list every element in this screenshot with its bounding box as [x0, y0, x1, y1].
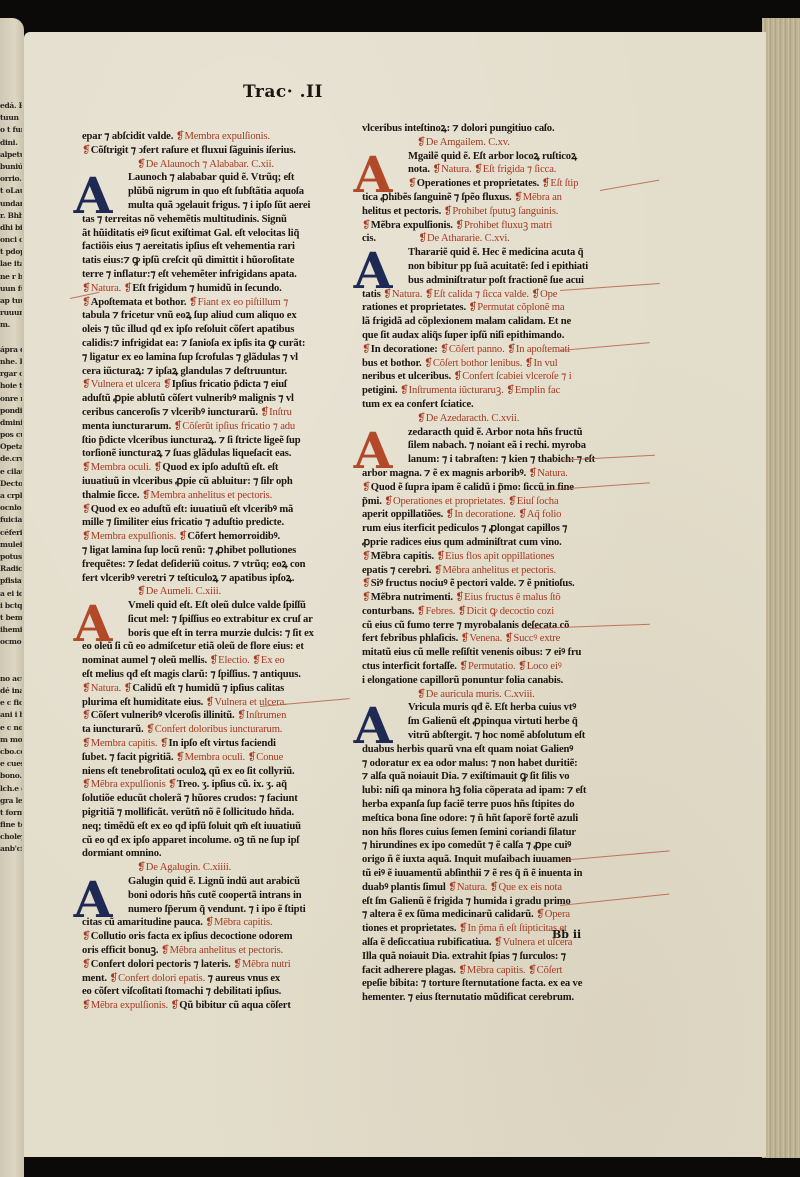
- text-line: neq; timẽdũ eſt ex eo qđ ipſũ ſoluit qm̃…: [82, 820, 367, 834]
- text-line: ❡Natura. ❡Eſt frigidum ⁊ humidũ in ſecun…: [82, 282, 367, 296]
- text-line: ❡Mẽbra expulſionis. ❡Qũ bibitur cũ aqua …: [82, 999, 367, 1013]
- text-line: eo oleũ ſi cũ eo admiſcetur etiã oleũ de…: [82, 640, 367, 654]
- text-line: lanum: ⁊ i tabraſten: ⁊ kien ⁊ thabich: …: [362, 453, 647, 467]
- text-line: iuuatiuũ in vlceribus ꝓpie cũ abluitur: …: [82, 475, 367, 489]
- facing-page-line: pfisiatu: [0, 575, 22, 587]
- text-line: neribus et ulceribus. ❡Confert ſcabiei v…: [362, 370, 647, 384]
- facing-page-line: m.: [0, 319, 22, 331]
- text-line: ❡Membra capitis. ❡In ipſo eſt virtus fac…: [82, 737, 367, 751]
- facing-page-line: no acum: [0, 673, 22, 685]
- decorated-initial-red: A: [352, 148, 394, 202]
- rubric: ❡: [82, 504, 91, 515]
- body-text: ta iuncturarũ. ❡Confert doloribus iunctu…: [82, 724, 282, 735]
- text-line: dormiant omnino.: [82, 847, 367, 861]
- facing-page-text-fragments: edá. Ettuuno t fundini.alpetubuniúorrio.…: [0, 100, 22, 940]
- facing-page-line: potus in: [0, 551, 22, 563]
- text-line: plurima eſt humiditate eius. ❡Vulnera et…: [82, 696, 367, 710]
- text-line: multa quã ↄgelauit frigus. ⁊ i ipſo ſũt …: [82, 199, 367, 213]
- rubric: ❡De auricula muris. C.xviii.: [417, 689, 535, 700]
- facing-page-line: tuun: [0, 112, 22, 124]
- text-line: tatis ❡Natura. ❡Eſt calida ⁊ ſicca valde…: [362, 288, 647, 302]
- running-head: Trac· .II: [243, 82, 323, 102]
- facing-page-line: alpetu: [0, 149, 22, 161]
- facing-page-line: ne r bin: [0, 271, 22, 283]
- rubric: ❡Mẽbra expulſionis ❡: [82, 779, 177, 790]
- text-line: ſm Galienũ eſt ꝓpinqua virtuti herbe q̃: [362, 715, 647, 729]
- body-text: aduſtũ ꝓpie ablutũ cõſert vulneribꝰ mali…: [82, 393, 294, 404]
- body-text: ⁊ hirundines ex ipo comedũt ⁊ ẽ calſa ⁊ …: [362, 840, 571, 851]
- text-line: cera iũcturaꝝ: ⁊ ipſaꝝ glandulas ⁊ deſtr…: [82, 365, 367, 379]
- text-line: ſubet. ⁊ facit pigritiã. ❡Membra oculi. …: [82, 751, 367, 765]
- text-line: que ſit audax aliq̃s ſuper ipſũ niſi epi…: [362, 329, 647, 343]
- facing-page-line: e c fical: [0, 697, 22, 709]
- text-line: i elongatione capillorũ ponuntur folia c…: [362, 674, 647, 688]
- text-line: frequẽtes: ⁊ ſedat deſideriũ coitus. ⁊ v…: [82, 558, 367, 572]
- facing-page-line: céferia: [0, 527, 22, 539]
- rubric: ❡Membra capitis. ❡: [82, 738, 169, 749]
- body-text: petigini. ❡Inſtrumenta iũcturaruꝫ. ❡Empl…: [362, 385, 560, 396]
- body-text: Qũ bibitur cũ aqua cõſert: [179, 1000, 290, 1011]
- body-text: ⁊ alſa quã noiauit Dia. ⁊ exiſtimauit ꝙ …: [362, 771, 569, 782]
- text-line: tabula ⁊ fricetur vnũ eoꝝ ſup aliud cum …: [82, 309, 367, 323]
- body-text: multa quã ↄgelauit frigus. ⁊ i ipſo ſũt …: [128, 200, 310, 211]
- body-text: cera iũcturaꝝ: ⁊ ipſaꝝ glandulas ⁊ deſtr…: [82, 366, 287, 377]
- text-line: ❡Vulnera et ulcera ❡Ipſius fricatio p̃di…: [82, 378, 367, 392]
- body-text: ꝓprie radices eius qum adminiſtrat cum v…: [362, 537, 562, 548]
- text-line: rationes et proprietates. ❡Permutat cõpl…: [362, 301, 647, 315]
- facing-page-line: e cues: [0, 758, 22, 770]
- text-line: ❡Confert dolori pectoris ⁊ lateris. ❡Mẽb…: [82, 958, 367, 972]
- body-text: ⁊ ligat lamina ſup locũ renũ: ⁊ ꝓhibet p…: [82, 545, 296, 556]
- text-line: vitrũ abſtergit. ⁊ hoc nomẽ abſolutum eſ…: [362, 729, 647, 743]
- text-line: boris que eſt in terra murzie dulcis: ⁊ …: [82, 627, 367, 641]
- text-line: hementer. ⁊ eius ſternutatio mũdificat c…: [362, 991, 647, 1005]
- body-text: Apoſtemata et bothor. ❡Fiant ex eo piſti…: [91, 297, 289, 308]
- body-text: menta iuncturarum. ❡Cõſerũt ipſius frica…: [82, 421, 295, 432]
- facing-page-line: ápra qd: [0, 344, 22, 356]
- rubric: ❡Natura. ❡: [82, 683, 132, 694]
- facing-page-line: buniú: [0, 161, 22, 173]
- body-text: Mẽbra capitis. ❡Eius flos apit oppillati…: [371, 551, 555, 562]
- text-line: p̃mi. ❡Operationes et proprietates. ❡Eiu…: [362, 495, 647, 509]
- text-line: alſa ẽ deſiccatiua rubificatiua. ❡Vulner…: [362, 936, 647, 950]
- decorated-initial-blue: A: [72, 873, 114, 927]
- decorated-initial-blue: A: [72, 169, 114, 223]
- body-text: numero ſp̃erum q̃ vendunt. ⁊ i ipo ẽ ſti…: [128, 904, 306, 915]
- text-line: oleis ⁊ tũc illud qđ ex ipſo reſoluit cõ…: [82, 323, 367, 337]
- facing-page-line: lch.e cno: [0, 783, 22, 795]
- text-line: calidis:⁊ infrigidat ea: ⁊ ſanioſa ex ip…: [82, 337, 367, 351]
- text-line: ❡Mẽbra nutrimenti. ❡Eius fructus ẽ malus…: [362, 591, 647, 605]
- body-text: Collutio oris facta ex ipſius decoctione…: [91, 931, 293, 942]
- facing-page-line: [0, 332, 22, 344]
- facing-page-line: lae ita e: [0, 258, 22, 270]
- text-line: terre ⁊ inflatur:⁊ eſt vehemẽter infrigi…: [82, 268, 367, 282]
- text-line: citas cũ amaritudine pauca. ❡Mẽbra capit…: [82, 916, 367, 930]
- text-line: ❡Collutio oris facta ex ipſius decoction…: [82, 930, 367, 944]
- body-text: tiones et proprietates. ❡In p̃ma ñ eſt ſ…: [362, 923, 567, 934]
- facing-page-line: a crpla: [0, 490, 22, 502]
- facing-page-line: o t fun: [0, 124, 22, 136]
- body-text: frequẽtes: ⁊ ſedat deſideriũ coitus. ⁊ v…: [82, 559, 305, 570]
- body-text: nota. ❡Natura. ❡Eſt frigida ⁊ ſicca.: [408, 164, 556, 175]
- text-line: aduſtũ ꝓpie ablutũ cõſert vulneribꝰ mali…: [82, 392, 367, 406]
- facing-page-line: ocmo pe: [0, 636, 22, 648]
- facing-page-line: pondi in: [0, 405, 22, 417]
- body-text: ſilem nabach. ⁊ noiant eã i rechi. myrob…: [408, 440, 586, 451]
- text-line: ❡Mẽbra expulſionis ❡Treo. ʒ. ipſius cũ. …: [82, 778, 367, 792]
- body-text: Mgailẽ quid ẽ. Eſt arbor locoꝝ ruſticoꝝ: [408, 151, 577, 162]
- facing-page-line: t oLaú: [0, 185, 22, 197]
- text-line: petigini. ❡Inſtrumenta iũcturaruꝫ. ❡Empl…: [362, 384, 647, 398]
- text-line: AVmeli quid eſt. Eſt oleũ dulce valde ſp…: [82, 599, 367, 613]
- body-text: eo cõſert viſcoſitati ſtomachi ⁊ debilit…: [82, 986, 281, 997]
- body-text: tatis eius:⁊ ꝙ ipſũ creſcit qũ dimittit …: [82, 255, 294, 266]
- body-text: cũ eius cũ fumo terre ⁊ myrobalanis deſe…: [362, 620, 569, 631]
- chapter-heading: ❡De auricula muris. C.xviii.: [362, 688, 647, 702]
- facing-page-line: [0, 661, 22, 673]
- body-text: ſolutiõe educũt cholerã ⁊ hũores crudos:…: [82, 793, 298, 804]
- text-line: torſionẽ iuncturaꝝ ⁊ ſuas glãdulas lique…: [82, 447, 367, 461]
- body-text: ſtio p̃dicte vlceribus iuncturaꝝ. ⁊ ſi ſ…: [82, 435, 300, 446]
- text-line: bus et bothor. ❡Cõſert bothor lenibus. ❡…: [362, 357, 647, 371]
- text-line: aperit oppillatiões. ❡In decoratione. ❡A…: [362, 508, 647, 522]
- body-text: cũ eo qđ ex ipſo apparet incolume. oꝫ tñ…: [82, 835, 299, 846]
- body-text: ⁊ altera ẽ ex ſũma medicinarũ calidarũ. …: [362, 909, 570, 920]
- text-line: ſilem nabach. ⁊ noiant eã i rechi. myrob…: [362, 439, 647, 453]
- body-text: i elongatione capillorũ ponuntur folia c…: [362, 675, 563, 686]
- facing-page-line: orrio.: [0, 173, 22, 185]
- decorated-initial-blue: A: [352, 699, 394, 753]
- text-line: Azedaracth quid ẽ. Arbor nota hñs fructũ: [362, 426, 647, 440]
- text-line: non hñs flores cuius ſemen ſemini corian…: [362, 826, 647, 840]
- body-text: Illa quã noiauit Dia. extrahit ſpias ⁊ ſ…: [362, 951, 566, 962]
- text-line: epatis ⁊ cerebri. ❡Mẽbra anhelitus et pe…: [362, 564, 647, 578]
- text-line: eo cõſert viſcoſitati ſtomachi ⁊ debilit…: [82, 985, 367, 999]
- facing-page-line: t pdopu: [0, 246, 22, 258]
- body-text: oris efficit bonuꝫ. ❡Mẽbra anhelitus et …: [82, 945, 283, 956]
- facing-page-line: pos cu: [0, 429, 22, 441]
- text-line: AVricula muris qđ ẽ. Eſt herba cuius vtꝰ: [362, 701, 647, 715]
- text-line: ❡Natura. ❡Calidũ eſt ⁊ humidũ ⁊ ipſius c…: [82, 682, 367, 696]
- text-line: rum eius iterficit pediculos ⁊ ꝓlongat c…: [362, 522, 647, 536]
- rubric: ❡Membra anhelitus et pectoris.: [142, 490, 272, 501]
- running-head-dot: ·: [287, 82, 293, 102]
- text-line: cũ eo qđ ex ipſo apparet incolume. oꝫ tñ…: [82, 834, 367, 848]
- body-text: tabula ⁊ fricetur vnũ eoꝝ ſup aliud cum …: [82, 310, 296, 321]
- body-text: Calidũ eſt ⁊ humidũ ⁊ ipſius calitas: [132, 683, 284, 694]
- text-line: duabus herbis quarũ vna eſt quam noiat G…: [362, 743, 647, 757]
- text-line: AMgailẽ quid ẽ. Eſt arbor locoꝝ ruſticoꝝ: [362, 150, 647, 164]
- text-line: ❡Membra oculi. ❡Quod ex ipſo aduſtũ eſt.…: [82, 461, 367, 475]
- text-line: herba expanſa ſup faciẽ terre puos hñs ſ…: [362, 798, 647, 812]
- rubric: ❡: [82, 931, 91, 942]
- body-text: niens eſt tenebroſitati oculoꝝ qũ ex eo …: [82, 766, 295, 777]
- rubric: ❡De Azedaracth. C.xvii.: [417, 413, 519, 424]
- text-line: lubi: niſi qa minora hꝫ folia cõperata a…: [362, 784, 647, 798]
- text-line: duabꝰ plantis ſimul ❡Natura. ❡Que ex eis…: [362, 881, 647, 895]
- rubric: ❡: [82, 297, 91, 308]
- text-line: ❡Cõſert vulneribꝰ vlceroſis illinitũ. ❡I…: [82, 709, 367, 723]
- body-text: non bibitur pp ſuã acuitatẽ: ſed i epith…: [408, 261, 588, 272]
- body-text: boris que eſt in terra murzie dulcis: ⁊ …: [128, 628, 314, 639]
- body-text: Cõſtrigit ⁊ ↄfert raſure et fluxui ſãgui…: [91, 145, 296, 156]
- body-text: iuuatiuũ in vlceribus ꝓpie cũ abluitur: …: [82, 476, 293, 487]
- text-line: vlceribus inteſtinoꝝ: ⁊ dolori pungitiuo…: [362, 122, 647, 136]
- facing-page-line: Radic: [0, 563, 22, 575]
- body-text: Mẽbra nutrimenti. ❡Eius fructus ẽ malus …: [371, 592, 561, 603]
- text-line: nota. ❡Natura. ❡Eſt frigida ⁊ ſicca.: [362, 163, 647, 177]
- body-text: fert febribus phlaſicis. ❡Venena. ❡Succꝰ…: [362, 633, 560, 644]
- body-text: ceribus canceroſis ⁊ vlceribꝰ iuncturarũ…: [82, 407, 292, 418]
- rubric: ❡: [362, 551, 371, 562]
- body-text: Operationes et proprietates. ❡Eſt ſtip: [417, 178, 579, 189]
- chapter-heading: ❡De Amgailem. C.xv.: [362, 136, 647, 150]
- facing-page-line: onci cpa: [0, 234, 22, 246]
- text-line: ſicut mel: ⁊ ſpiſſius eo extrabitur ex c…: [82, 613, 367, 627]
- rubric: ❡: [362, 592, 371, 603]
- facing-page-line: onre n: [0, 393, 22, 405]
- decorated-initial-red: A: [72, 597, 114, 651]
- body-text: bus adminiſtratur poſt fractionẽ ſue acu…: [408, 275, 584, 286]
- facing-page-line: dhi bibi: [0, 222, 22, 234]
- body-text: ãt hũiditatis eiꝰ ſicut exiſtimat Gal. e…: [82, 228, 299, 239]
- text-line: tatis eius:⁊ ꝙ ipſũ creſcit qũ dimittit …: [82, 254, 367, 268]
- body-text: bus et bothor. ❡Cõſert bothor lenibus. ❡…: [362, 358, 558, 369]
- text-line: ⁊ ligat lamina ſup locũ renũ: ⁊ ꝓhibet p…: [82, 544, 367, 558]
- text-line: ❡Cõſtrigit ⁊ ↄfert raſure et fluxui ſãgu…: [82, 144, 367, 158]
- text-line: ceribus canceroſis ⁊ vlceribꝰ iuncturarũ…: [82, 406, 367, 420]
- facing-page-line: dé inaca: [0, 685, 22, 697]
- body-text: Galugin quid ẽ. Lignũ indũ aut arabicũ: [128, 876, 300, 887]
- text-line: pigritiã ⁊ mollificãt. verũtñ nõ ẽ ſolli…: [82, 806, 367, 820]
- body-text: terre ⁊ inflatur:⁊ eſt vehemẽter infrigi…: [82, 269, 297, 280]
- body-text: Treo. ʒ. ipſius cũ. ix. ʒ. aq̃: [177, 779, 287, 790]
- body-text: plũbũ nigrum in quo eſt ſubſtãtia aquoſa: [128, 186, 304, 197]
- text-line: eſt melius qđ eſt magis clarũ: ⁊ ſpiſſiu…: [82, 668, 367, 682]
- body-text: tum ex ea confert ſciatice.: [362, 399, 474, 410]
- rubric: ❡: [408, 178, 417, 189]
- facing-page-line: ocnlo.: [0, 502, 22, 514]
- body-text: Vricula muris qđ ẽ. Eſt herba cuius vtꝰ: [408, 702, 576, 713]
- facing-page-line: cbo.ce: [0, 746, 22, 758]
- chapter-heading: ❡De Aumeli. C.xiii.: [82, 585, 367, 599]
- text-line: ſtio p̃dicte vlceribus iuncturaꝝ. ⁊ ſi ſ…: [82, 434, 367, 448]
- text-line: bus adminiſtratur poſt fractionẽ ſue acu…: [362, 274, 647, 288]
- body-text: epeſie bibita: ⁊ torture ſternutatione f…: [362, 978, 582, 989]
- text-line: ⁊ alſa quã noiauit Dia. ⁊ exiſtimauit ꝙ …: [362, 770, 647, 784]
- body-text: Cõſert vulneribꝰ vlceroſis illinitũ. ❡In…: [91, 710, 286, 721]
- facing-page-line: rgar o: [0, 368, 22, 380]
- facing-page-line: uun fue: [0, 283, 22, 295]
- body-text: facit adherere plagas. ❡Mẽbra capitis. ❡…: [362, 965, 562, 976]
- body-text: ⁊ ligatur ex eo lamina ſup ſcrofulas ⁊ g…: [82, 352, 298, 363]
- rubric: ❡De Amgailem. C.xv.: [417, 137, 510, 148]
- body-text: Quod ẽ ſupra ipam ẽ calidũ i p̃mo: ſiccũ…: [371, 482, 574, 493]
- rubric: ❡: [362, 344, 371, 355]
- text-line: meſtica bona ſine odore: ⁊ ñ hñt ſaporẽ …: [362, 812, 647, 826]
- text-line: factiõis eius ⁊ aereitatis ipſius eſt ve…: [82, 240, 367, 254]
- rubric: ❡Natura. ❡: [82, 283, 132, 294]
- text-line: ta iuncturarũ. ❡Confert doloribus iunctu…: [82, 723, 367, 737]
- rubric: ❡: [82, 959, 91, 970]
- body-text: Confert dolori pectoris ⁊ lateris. ❡Mẽbr…: [91, 959, 291, 970]
- chapter-heading: ❡De Athararie. C.xvi.: [418, 233, 509, 244]
- body-text: vlceribus inteſtinoꝝ: ⁊ dolori pungitiuo…: [362, 123, 554, 134]
- body-text: eſt melius qđ eſt magis clarũ: ⁊ ſpiſſiu…: [82, 669, 301, 680]
- text-line: conturbans. ❡Febres. ❡Dicit ꝙ decoctio c…: [362, 605, 647, 619]
- chapter-heading: ❡De Agalugin. C.xiiii.: [82, 861, 367, 875]
- body-text: hementer. ⁊ eius ſternutatio mũdificat c…: [362, 992, 574, 1003]
- body-text: zedaracth quid ẽ. Arbor nota hñs fructũ: [408, 427, 582, 438]
- running-head-title: Trac: [243, 82, 287, 102]
- rubric: ❡Membra expulſionis. ❡: [82, 531, 187, 542]
- text-line: ctus interficit fortaſſe. ❡Permutatio. ❡…: [362, 660, 647, 674]
- body-text: calidis:⁊ infrigidat ea: ⁊ ſanioſa ex ip…: [82, 338, 305, 349]
- rubric: ❡Membra expulſionis.: [176, 131, 270, 142]
- text-line: ⁊ altera ẽ ex ſũma medicinarũ calidarũ. …: [362, 908, 647, 922]
- facing-page-line: hoie t: [0, 380, 22, 392]
- body-text: lubi: niſi qa minora hꝫ folia cõperata a…: [362, 785, 586, 796]
- text-line: AGalugin quid ẽ. Lignũ indũ aut arabicũ: [82, 875, 367, 889]
- facing-page-line: e c noiga: [0, 722, 22, 734]
- body-text: eo oleũ ſi cũ eo admiſcetur etiã oleũ de…: [82, 641, 304, 652]
- rubric: ❡De Alaunoch ⁊ Alababar. C.xii.: [137, 159, 274, 170]
- body-text: oleis ⁊ tũc illud qđ ex ipſo reſoluit cõ…: [82, 324, 294, 335]
- body-text: boni odoris hñs cutẽ coopertã intrans in: [128, 890, 302, 901]
- rubric: ❡Mẽbra capitis.: [205, 917, 272, 928]
- fore-edge: [762, 18, 800, 1158]
- text-line: tica ꝓhibẽs ſanguinẽ ⁊ ſpẽo fluxus. ❡Mẽb…: [362, 191, 647, 205]
- decorated-initial-red: A: [352, 424, 394, 478]
- text-line: menta iuncturarum. ❡Cõſerũt ipſius frica…: [82, 420, 367, 434]
- body-text: vitrũ abſtergit. ⁊ hoc nomẽ abſolutum eſ…: [408, 730, 585, 741]
- text-line: cis. ❡De Athararie. C.xvi.: [362, 232, 647, 246]
- text-line: ❡Quod ẽ ſupra ipam ẽ calidũ i p̃mo: ſicc…: [362, 481, 647, 495]
- body-text: Vmeli quid eſt. Eſt oleũ dulce valde ſpi…: [128, 600, 306, 611]
- facing-page-line: t bemoi: [0, 612, 22, 624]
- body-text: Tharariẽ quid ẽ. Hec ẽ medicina acuta q̃: [408, 247, 583, 258]
- text-line: ❡In decoratione: ❡Cõſert panno. ❡In apoſ…: [362, 343, 647, 357]
- body-text: p̃mi. ❡Operationes et proprietates. ❡Eiu…: [362, 496, 559, 507]
- body-text: fert vlceribꝰ veretri ⁊ teſticuloꝝ ⁊ apa…: [82, 573, 294, 584]
- facing-page-line: m modi: [0, 734, 22, 746]
- chapter-heading: ❡De Azedaracth. C.xvii.: [362, 412, 647, 426]
- text-line: tum ex ea confert ſciatice.: [362, 398, 647, 412]
- text-line: Illa quã noiauit Dia. extrahit ſpias ⁊ ſ…: [362, 950, 647, 964]
- body-text: In ipſo eſt virtus faciendi: [169, 738, 276, 749]
- text-line: ꝓprie radices eius qum adminiſtrat cum v…: [362, 536, 647, 550]
- facing-page-line: fine teni: [0, 819, 22, 831]
- body-text: rum eius iterficit pediculos ⁊ ꝓlongat c…: [362, 523, 567, 534]
- text-line: ment. ❡Confert dolori epatis. ⁊ aureus v…: [82, 972, 367, 986]
- facing-page-line: fuiciat: [0, 514, 22, 526]
- body-text: non hñs flores cuius ſemen ſemini corian…: [362, 827, 576, 838]
- body-text: Launoch ⁊ alababar quid ẽ. Vtrũq; eſt: [128, 172, 294, 183]
- body-text: factiõis eius ⁊ aereitatis ipſius eſt ve…: [82, 241, 295, 252]
- rubric: ❡: [82, 710, 91, 721]
- rubric: ❡: [82, 145, 91, 156]
- body-text: herba expanſa ſup faciẽ terre puos hñs ſ…: [362, 799, 574, 810]
- facing-page-line: e cilau: [0, 466, 22, 478]
- text-line: oris efficit bonuꝫ. ❡Mẽbra anhelitus et …: [82, 944, 367, 958]
- body-text: tũ eiꝰ ẽ iuuamentũ abſinthii ⁊ ẽ res q̃ …: [362, 868, 582, 879]
- body-text: Mẽbra expulſionis. ❡Prohibet fluxuꝫ matr…: [371, 220, 552, 231]
- body-text: ſicut mel: ⁊ ſpiſſius eo extrabitur ex c…: [128, 614, 313, 625]
- body-text: helitus et pectoris. ❡Prohibet ſputuꝫ ſa…: [362, 206, 558, 217]
- text-line: nominat aumel ⁊ oleũ mellis. ❡Electio. ❡…: [82, 654, 367, 668]
- text-line: lã frigidã ad cõplexionem malam calidam.…: [362, 315, 647, 329]
- text-line: ſolutiõe educũt cholerã ⁊ hũores crudos:…: [82, 792, 367, 806]
- text-line: arbor magna. ⁊ ẽ ex magnis arboribꝰ. ❡Na…: [362, 467, 647, 481]
- body-text: meſtica bona ſine odore: ⁊ ñ hñt ſaporẽ …: [362, 813, 578, 824]
- right-text-column: vlceribus inteſtinoꝝ: ⁊ dolori pungitiuo…: [362, 122, 647, 1005]
- body-text: epar ⁊ abſcidit valde.: [82, 131, 176, 142]
- facing-page-line: mulei: [0, 539, 22, 551]
- left-text-column: epar ⁊ abſcidit valde. ❡Membra expulſion…: [82, 130, 367, 1013]
- text-line: mille ⁊ ſimiliter eius fricatio ⁊ aduſti…: [82, 516, 367, 530]
- body-text: eſt ſm Galienũ ẽ frigida ⁊ humida i grad…: [362, 896, 571, 907]
- body-text: lã frigidã ad cõplexionem malam calidam.…: [362, 316, 571, 327]
- rubric: ❡De Aumeli. C.xiii.: [137, 586, 221, 597]
- facing-page-line: dini.: [0, 137, 22, 149]
- text-line: facit adherere plagas. ❡Mẽbra capitis. ❡…: [362, 964, 647, 978]
- facing-page-line: ruuumo.: [0, 307, 22, 319]
- facing-page-line: Opetai: [0, 441, 22, 453]
- facing-page-line: anb'cf: [0, 843, 22, 855]
- running-head-number: .II: [300, 82, 323, 102]
- text-line: epeſie bibita: ⁊ torture ſternutatione f…: [362, 977, 647, 991]
- body-text: mille ⁊ ſimiliter eius fricatio ⁊ aduſti…: [82, 517, 284, 528]
- facing-page-line: Decton: [0, 478, 22, 490]
- body-text: In decoratione: ❡Cõſert panno. ❡In apoſt…: [371, 344, 570, 355]
- text-line: ❡Apoſtemata et bothor. ❡Fiant ex eo piſt…: [82, 296, 367, 310]
- facing-page-line: t form: [0, 807, 22, 819]
- text-line: ❡Mẽbra capitis. ❡Eius flos apit oppillat…: [362, 550, 647, 564]
- signature-mark: Bb ii: [552, 928, 581, 941]
- text-line: mitatũ eius cũ melle reſiſtit venenis oi…: [362, 646, 647, 660]
- body-text: Quod ex eo aduſtũ eſt: iuuatiuũ eſt vlce…: [91, 504, 293, 515]
- text-line: plũbũ nigrum in quo eſt ſubſtãtia aquoſa: [82, 185, 367, 199]
- body-text: Quod ex ipſo aduſtũ eſt. eſt: [162, 462, 278, 473]
- body-text: neribus et ulceribus. ❡Confert ſcabiei v…: [362, 371, 572, 382]
- facing-page-line: [0, 648, 22, 660]
- body-text: conturbans. ❡Febres. ❡Dicit ꝙ decoctio c…: [362, 606, 554, 617]
- facing-page-line: ani i bot: [0, 709, 22, 721]
- text-line: ãt hũiditatis eiꝰ ſicut exiſtimat Gal. e…: [82, 227, 367, 241]
- text-line: thalmie ſicce. ❡Membra anhelitus et pect…: [82, 489, 367, 503]
- rubric: ❡Membra oculi. ❡: [82, 462, 162, 473]
- body-text: ſm Galienũ eſt ꝓpinqua virtuti herbe q̃: [408, 716, 578, 727]
- text-line: ❡Membra expulſionis. ❡Cõfert hemorroidib…: [82, 530, 367, 544]
- body-text: Siꝰ fructus nociuꝰ ẽ pectori valde. ⁊ ẽ …: [371, 578, 575, 589]
- facing-page-line: nhe. Et: [0, 356, 22, 368]
- body-text: Eſt frigidum ⁊ humidũ in ſecundo.: [132, 283, 281, 294]
- body-text: ctus interficit fortaſſe. ❡Permutatio. ❡…: [362, 661, 562, 672]
- rubric: ❡De Agalugin. C.xiiii.: [137, 862, 231, 873]
- rubric: ❡Vulnera et ulcera ❡: [82, 379, 172, 390]
- decorated-initial-blue: A: [352, 244, 394, 298]
- body-text: rationes et proprietates. ❡Permutat cõpl…: [362, 302, 564, 313]
- body-text: origo ñ ẽ iuxta aquã. Inquit muſaibach i…: [362, 854, 571, 865]
- body-text: que ſit audax aliq̃s ſuper ipſũ niſi epi…: [362, 330, 564, 341]
- chapter-heading: ❡De Alaunoch ⁊ Alababar. C.xii.: [82, 158, 367, 172]
- body-text: torſionẽ iuncturaꝝ ⁊ ſuas glãdulas lique…: [82, 448, 291, 459]
- body-text: Cõfert hemorroidibꝰ.: [187, 531, 280, 542]
- text-line: tũ eiꝰ ẽ iuuamentũ abſinthii ⁊ ẽ res q̃ …: [362, 867, 647, 881]
- text-line: numero ſp̃erum q̃ vendunt. ⁊ i ipo ẽ ſti…: [82, 903, 367, 917]
- body-text: ⁊ odoratur ex ea odor malus: ⁊ non habet…: [362, 758, 578, 769]
